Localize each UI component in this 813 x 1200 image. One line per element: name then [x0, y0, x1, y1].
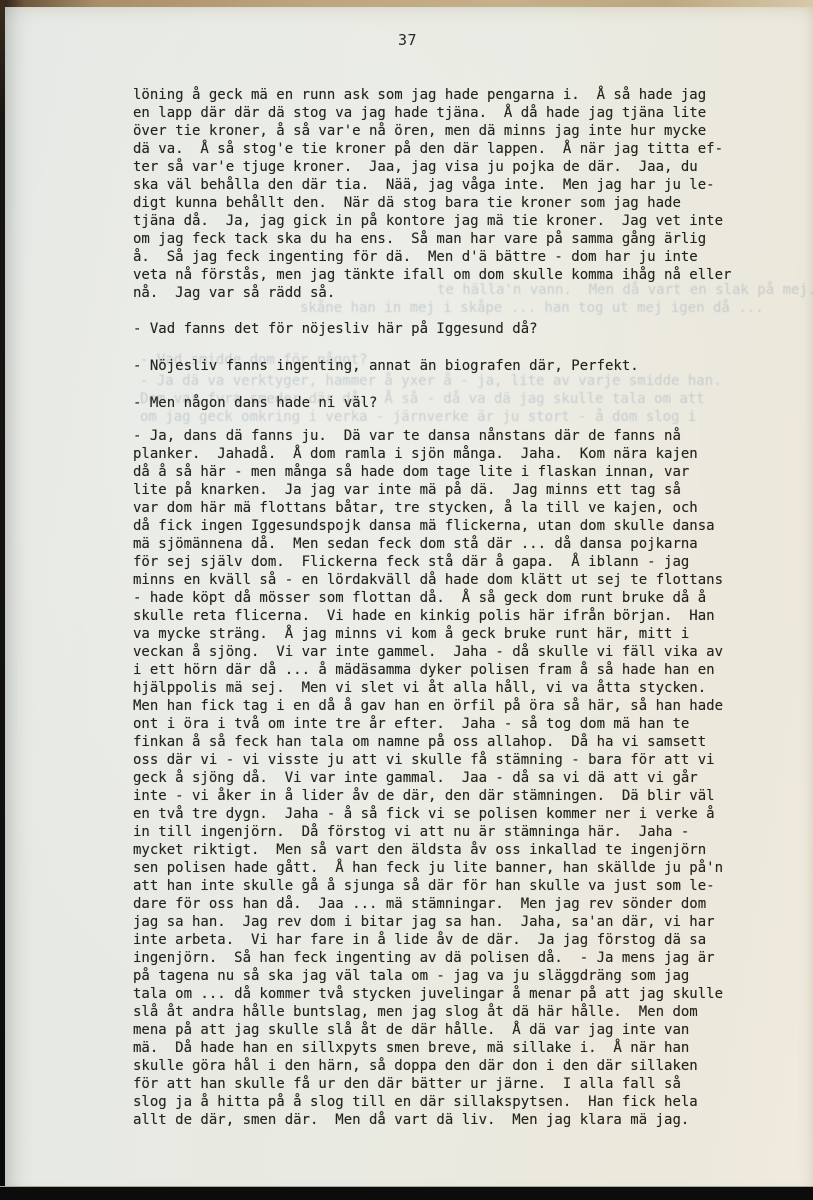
text-line: mä. Då hade han en sillxpyts smen breve,…: [133, 1039, 755, 1057]
text-line: inte - vi åker in å lider åv de där, den…: [133, 787, 755, 805]
text-line: ska väl behålla den där tia. Nää, jag vå…: [133, 176, 755, 194]
scan-edge-bottom: [0, 1187, 813, 1200]
text-line: då fick ingen Iggesundspojk dansa mä fli…: [133, 517, 755, 535]
text-line: skulle reta flicerna. Vi hade en kinkig …: [133, 607, 755, 625]
text-line: för att han skulle få ur den där bätter …: [133, 1075, 755, 1093]
text-line: geck å sjöng då. Vi var inte gammal. Jaa…: [133, 769, 755, 787]
text-line: över tie kroner, å så var'e nå ören, men…: [133, 122, 755, 140]
text-line: lite på knarken. Ja jag var inte mä på d…: [133, 481, 755, 499]
text-line: att han inte skulle gå å sjunga så där f…: [133, 877, 755, 895]
text-line: en två tre dygn. Jaha - å så fick vi se …: [133, 805, 755, 823]
text-line: dare för oss han då. Jaa ... mä stämning…: [133, 895, 755, 913]
text-line: tjäna då. Ja, jag gick in på kontore jag…: [133, 212, 755, 230]
text-line: - hade köpt då mösser som flottan då. Å …: [133, 589, 755, 607]
paragraph-1: löning å geck mä en runn ask som jag had…: [133, 86, 755, 302]
text-line: - Vad fanns det för nöjesliv här på Igge…: [133, 320, 755, 338]
text-line: om jag feck tack ska du ha ens. Så man h…: [133, 230, 755, 248]
scan-edge-left: [0, 0, 5, 1200]
dialogue-block: - Vad fanns det för nöjesliv här på Igge…: [133, 320, 755, 431]
text-line: Men han fick tag i en då å gav han en ör…: [133, 697, 755, 715]
text-line: va mycke sträng. Å jag minns vi kom å ge…: [133, 625, 755, 643]
text-line: in till ingenjörn. Då förstog vi att nu …: [133, 823, 755, 841]
text-line: på tagena nu så ska jag väl tala om - ja…: [133, 967, 755, 985]
text-line: hjälppolis mä sej. Men vi slet vi åt all…: [133, 679, 755, 697]
scan-edge-top: [0, 0, 813, 7]
text-line: veckan å sjöng. Vi var inte gammel. Jaha…: [133, 643, 755, 661]
text-line: sen polisen hade gått. Å han feck ju lit…: [133, 859, 755, 877]
text-line: digt kunna behållt den. När dä stog bara…: [133, 194, 755, 212]
text-line: å. Så jag feck ingenting för dä. Men d'ä…: [133, 248, 755, 266]
text-line: mycket riktigt. Men så vart den äldsta å…: [133, 841, 755, 859]
text-line: dä va. Å så stog'e tie kroner på den där…: [133, 140, 755, 158]
text-line: mä sjömännena då. Men sedan feck dom stå…: [133, 535, 755, 553]
scanned-document-page: te hälla'n vann. Men då vart en slak på …: [0, 0, 813, 1200]
text-line: jag sa han. Jag rev dom i bitar jag sa h…: [133, 913, 755, 931]
text-line: för sej själv dom. Flickerna feck stå dä…: [133, 553, 755, 571]
text-line: - Nöjesliv fanns ingenting, annat än bio…: [133, 357, 755, 375]
page-number: 37: [398, 31, 417, 49]
text-line: då å så här - men många så hade dom tage…: [133, 463, 755, 481]
text-line: skulle göra hål i den härn, så doppa den…: [133, 1057, 755, 1075]
text-line: veta nå förstås, men jag tänkte ifall om…: [133, 266, 755, 284]
text-line: slog ja å hitta på å slog till en där si…: [133, 1093, 755, 1111]
text-line: en lapp där där dä stog va jag hade tjän…: [133, 104, 755, 122]
text-line: minns en kväll så - en lördakväll då had…: [133, 571, 755, 589]
text-line: ingenjörn. Så han feck ingenting av dä p…: [133, 949, 755, 967]
text-line: tala om ... då kommer två stycken juveli…: [133, 985, 755, 1003]
text-line: i ett hörn där då ... å mädäsamma dyker …: [133, 661, 755, 679]
text-line: finkan å så feck han tala om namne på os…: [133, 733, 755, 751]
text-line: - Men någon dans hade ni väl?: [133, 394, 755, 412]
text-line: oss där vi - vi visste ju att vi skulle …: [133, 751, 755, 769]
text-line: - Ja, dans dä fanns ju. Dä var te dansa …: [133, 427, 755, 445]
text-line: allt de där, smen där. Men då vart dä li…: [133, 1111, 755, 1129]
text-line: nå. Jag var så rädd så.: [133, 284, 755, 302]
text-line: slå åt andra hålle buntslag, men jag slo…: [133, 1003, 755, 1021]
text-line: mena på att jag skulle slå åt de där hål…: [133, 1021, 755, 1039]
text-line: var dom här mä flottans båtar, tre styck…: [133, 499, 755, 517]
text-line: planker. Jahadå. Å dom ramla i sjön mång…: [133, 445, 755, 463]
text-line: inte arbeta. Vi har fare in å lide åv de…: [133, 931, 755, 949]
text-line: ont i öra i två om inte tre år efter. Ja…: [133, 715, 755, 733]
paragraph-2: - Ja, dans dä fanns ju. Dä var te dansa …: [133, 427, 755, 1129]
text-line: ter så var'e tjuge kroner. Jaa, jag visa…: [133, 158, 755, 176]
text-line: löning å geck mä en runn ask som jag had…: [133, 86, 755, 104]
